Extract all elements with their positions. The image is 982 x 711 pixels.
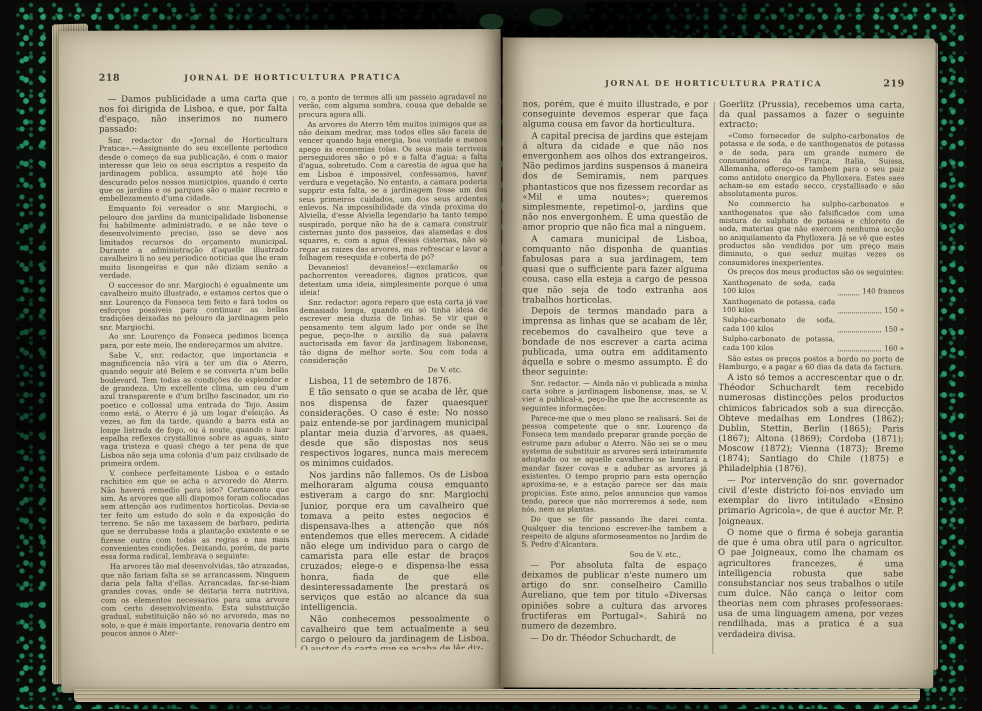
text-columns: nos, porém, que é muito illustrado, e po… [521,99,904,656]
right-page-column-1: nos, porém, que é muito illustrado, e po… [521,99,708,655]
page-number: 219 [863,78,905,89]
paragraph: ro, a ponto de termos alli um passeio ag… [298,93,487,119]
paragraph: «Como fornecedor de sulpho-carbonatos de… [719,132,905,199]
paragraph: Snr. redactor. — Ainda não vi publicada … [522,379,708,413]
paragraph: No commercio ha sulpho-carbonatos e xant… [719,200,905,267]
column2-bottom-paragraphs: São estes os preços postos a bordo no po… [718,355,904,640]
paragraph: Snr. redactor: agora reparo que esta car… [299,298,488,366]
paragraph: Sabe V., snr. redactor, que importancia … [100,351,289,469]
paragraph: Snr. redactor do «Jornal de Horticultura… [99,136,288,204]
price-value: 160 » [884,344,904,352]
right-page: JORNAL DE HORTICULTURA PRATICA 219 nos, … [501,37,935,688]
dotted-leader [838,313,881,314]
paragraph: Não conhecemos pessoalmente o cavalheiro… [301,614,490,650]
column2-top-paragraphs: Goerlitz (Prussia), recebemos uma carta,… [719,100,905,277]
paragraph: Emquanto foi vereador o snr. Margiochi, … [99,204,288,280]
paragraph: — Por intervenção do snr. governador civ… [718,476,904,527]
paragraph: Depois de termos mandado para a imprensa… [522,307,708,378]
left-page-column-1: — Damos publicidade a uma carta que nos … [99,94,290,651]
paragraph: Ao snr. Lourenço da Fonseca pedimos lice… [100,332,289,350]
journal-title: JORNAL DE HORTICULTURA PRATICA [141,72,445,82]
paragraph: Sou de V. etc., [521,551,707,560]
left-page-column-2: ro, a ponto de termos alli um passeio ag… [298,93,489,650]
paragraph: — Do dr. Théodor Schuchardt, de [521,633,707,644]
paragraph: A camara municipal de Lisboa, comquanto … [522,234,708,305]
paragraph: — Damos publicidade a uma carta que nos … [99,94,288,135]
paragraph: Lisboa, 11 de setembro de 1876. [300,376,489,387]
price-value: 150 » [884,325,904,333]
paragraph: — Por absoluta falta de espaço deixamos … [521,561,707,632]
spine-headband [455,0,585,36]
column-rule [292,96,295,648]
price-row: Xanthogenato de potassa, cada 100 kilos … [723,298,905,315]
price-item: Sulpho-carbonato de potassa, cada 100 ki… [723,335,836,352]
price-item: Sulpho-carbonato de soda, cada 100 kilos [723,316,836,333]
journal-title: JORNAL DE HORTICULTURA PRATICA [565,79,863,89]
page-number: 218 [99,73,141,84]
paragraph: Ha arvores tão mal desenvolvidas, tão at… [101,562,290,638]
price-value: 150 » [884,306,904,314]
dotted-leader [838,331,881,332]
bottom-page-edges [74,689,920,702]
paragraph: Goerlitz (Prussia), recebemos uma carta,… [719,100,905,131]
dotted-leader [838,350,881,351]
paragraph: É tão sensato o que se acaba de lêr, que… [300,388,489,470]
text-columns: — Damos publicidade a uma carta que nos … [99,93,489,651]
paragraph: O successor do snr. Margiochi é egualmen… [100,281,289,332]
paragraph: Parece-me que o meu plano se realisará. … [522,414,708,515]
right-page-header: JORNAL DE HORTICULTURA PRATICA 219 [523,77,905,89]
paragraph: Devaneios! devaneios!—exclamarão os pach… [299,263,488,297]
paragraph: São estes os preços postos a bordo no po… [718,355,904,372]
column-rule [712,102,714,654]
paragraph: nos, porém, que é muito illustrado, e po… [523,99,709,130]
paragraph: V. conhece perfeitamente Lisboa e o esta… [100,469,289,562]
left-page-content: 218 JORNAL DE HORTICULTURA PRATICA — Dam… [59,29,504,651]
price-value: 140 francos [862,288,904,297]
paragraph: Nos jardins não fallemos. Os de Lisboa m… [300,470,489,613]
right-page-content: JORNAL DE HORTICULTURA PRATICA 219 nos, … [501,37,935,656]
paragraph: Do que se fôr passando lhe darei conta. … [522,516,708,550]
paragraph: A isto só temos a accrescentar que o dr.… [718,373,904,475]
paragraph: O nome que o firma é sobeja garantia de … [718,528,904,640]
paragraph: Os preços dos meus productos são os segu… [719,268,905,277]
price-row: Sulpho-carbonato de soda, cada 100 kilos… [723,316,905,333]
paragraph: De V. etc. [300,366,489,375]
left-page-header: 218 JORNAL DE HORTICULTURA PRATICA [99,71,487,84]
left-page: 218 JORNAL DE HORTICULTURA PRATICA — Dam… [59,29,504,693]
dotted-leader [838,294,859,295]
price-row: Sulpho-carbonato de potassa, cada 100 ki… [723,335,905,352]
paragraph: As arvores do Aterro têm muitos inimigos… [298,120,487,263]
price-row: Xanthogenato de soda, cada 100 kilos 140… [723,279,905,296]
paragraph: A capital precisa de jardins que estejam… [522,131,708,233]
price-table: Xanthogenato de soda, cada 100 kilos 140… [723,279,905,353]
right-page-column-2: Goerlitz (Prussia), recebemos uma carta,… [718,100,905,656]
price-item: Xanthogenato de soda, cada 100 kilos [723,279,836,296]
price-item: Xanthogenato de potassa, cada 100 kilos [723,298,836,315]
